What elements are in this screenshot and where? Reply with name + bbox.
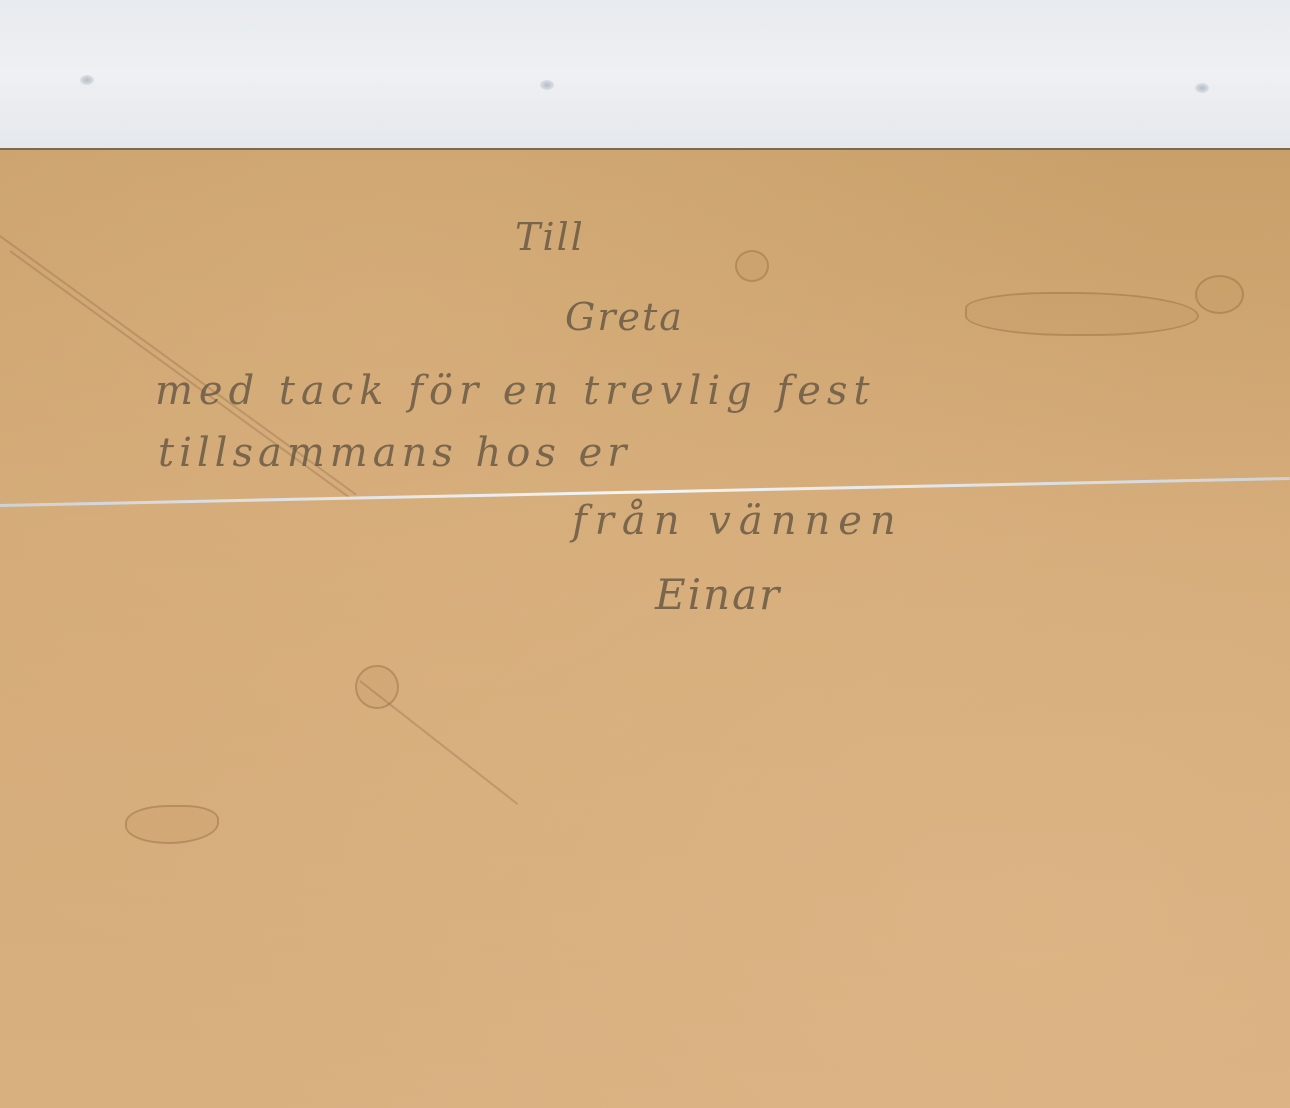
note-line-together: tillsammans hos er [158, 430, 631, 476]
paper-dent [80, 75, 94, 85]
paper-dent [540, 80, 554, 90]
note-signature: Einar [655, 570, 781, 619]
water-stain [355, 665, 399, 709]
note-line-till: Till [515, 215, 585, 259]
water-stain [735, 250, 769, 282]
water-stain [965, 292, 1199, 336]
note-line-thanks: med tack för en trevlig fest [155, 368, 876, 414]
paper-dent [1195, 83, 1209, 93]
note-line-from-friend: från vännen [572, 498, 904, 544]
note-line-greta: Greta [565, 295, 684, 339]
white-paper-strip [0, 0, 1290, 148]
water-stain [1195, 275, 1244, 314]
